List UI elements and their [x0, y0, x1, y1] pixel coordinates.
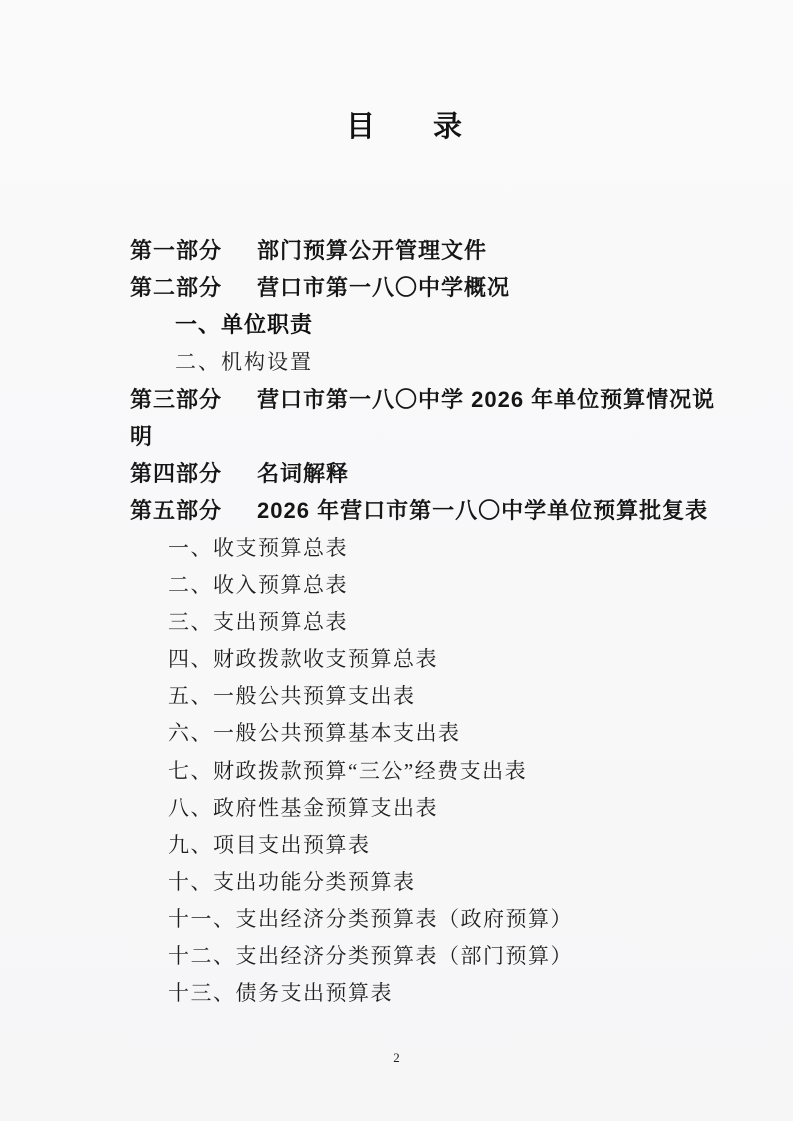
toc-entry-text: 六、一般公共预算基本支出表 — [168, 717, 461, 747]
toc-entry: 第五部分2026 年营口市第一八〇中学单位预算批复表 — [130, 491, 690, 528]
toc-entry: 十一、支出经济分类预算表（政府预算） — [130, 900, 690, 937]
toc-entry: 八、政府性基金预算支出表 — [130, 788, 690, 825]
toc-entry: 第三部分营口市第一八〇中学 2026 年单位预算情况说 — [130, 380, 690, 417]
toc-entry-text: 十、支出功能分类预算表 — [168, 866, 416, 896]
toc-entry-text: 二、收入预算总表 — [168, 569, 348, 599]
toc-entry-text: 十二、支出经济分类预算表（部门预算） — [168, 940, 573, 970]
toc-entry-text: 二、机构设置 — [175, 346, 313, 376]
toc-entry-text: 十三、债务支出预算表 — [168, 977, 393, 1007]
toc-entry-text: 一、单位职责 — [175, 308, 313, 339]
toc-entry-text: 明 — [130, 420, 153, 451]
toc-entry-text: 一、收支预算总表 — [168, 532, 348, 562]
toc-entry-label: 第四部分 — [130, 457, 222, 488]
toc-entry-text: 名词解释 — [257, 457, 349, 488]
toc-entry-label: 第一部分 — [130, 234, 222, 265]
page-number: 2 — [0, 1050, 793, 1066]
toc-entry-text: 八、政府性基金预算支出表 — [168, 792, 438, 822]
toc-entry: 第二部分营口市第一八〇中学概况 — [130, 268, 690, 305]
toc-entry-label: 第二部分 — [130, 271, 222, 302]
toc-entry-text: 2026 年营口市第一八〇中学单位预算批复表 — [257, 494, 708, 525]
toc-entry-text: 部门预算公开管理文件 — [257, 234, 487, 265]
toc-entry: 第一部分部门预算公开管理文件 — [130, 231, 690, 268]
toc-entry: 五、一般公共预算支出表 — [130, 677, 690, 714]
toc-entry: 一、收支预算总表 — [130, 528, 690, 565]
page-title: 目 录 — [130, 109, 678, 145]
toc-entry: 六、一般公共预算基本支出表 — [130, 714, 690, 751]
toc-entry: 四、财政拨款收支预算总表 — [130, 640, 690, 677]
toc-entry: 二、机构设置 — [130, 342, 690, 379]
toc-entry-text: 营口市第一八〇中学 2026 年单位预算情况说 — [257, 383, 715, 414]
toc-entry-text: 三、支出预算总表 — [168, 606, 348, 636]
toc-entry: 十、支出功能分类预算表 — [130, 862, 690, 899]
document-page: 目 录 第一部分部门预算公开管理文件第二部分营口市第一八〇中学概况一、单位职责二… — [0, 0, 793, 1121]
toc-entry: 十二、支出经济分类预算表（部门预算） — [130, 937, 690, 974]
toc-entry: 三、支出预算总表 — [130, 602, 690, 639]
toc-entry: 二、收入预算总表 — [130, 565, 690, 602]
toc-entry-text: 营口市第一八〇中学概况 — [257, 271, 510, 302]
toc-list: 第一部分部门预算公开管理文件第二部分营口市第一八〇中学概况一、单位职责二、机构设… — [130, 231, 690, 1011]
toc-entry: 一、单位职责 — [130, 305, 690, 342]
toc-entry: 七、财政拨款预算“三公”经费支出表 — [130, 751, 690, 788]
toc-entry: 九、项目支出预算表 — [130, 825, 690, 862]
toc-entry-label: 第五部分 — [130, 494, 222, 525]
toc-entry: 十三、债务支出预算表 — [130, 974, 690, 1011]
toc-entry: 第四部分名词解释 — [130, 454, 690, 491]
toc-entry-text: 五、一般公共预算支出表 — [168, 680, 416, 710]
toc-entry-text: 九、项目支出预算表 — [168, 829, 371, 859]
toc-entry-text: 十一、支出经济分类预算表（政府预算） — [168, 903, 573, 933]
toc-entry: 明 — [130, 417, 690, 454]
toc-entry-text: 四、财政拨款收支预算总表 — [168, 643, 438, 673]
toc-entry-label: 第三部分 — [130, 383, 222, 414]
toc-entry-text: 七、财政拨款预算“三公”经费支出表 — [168, 755, 527, 785]
